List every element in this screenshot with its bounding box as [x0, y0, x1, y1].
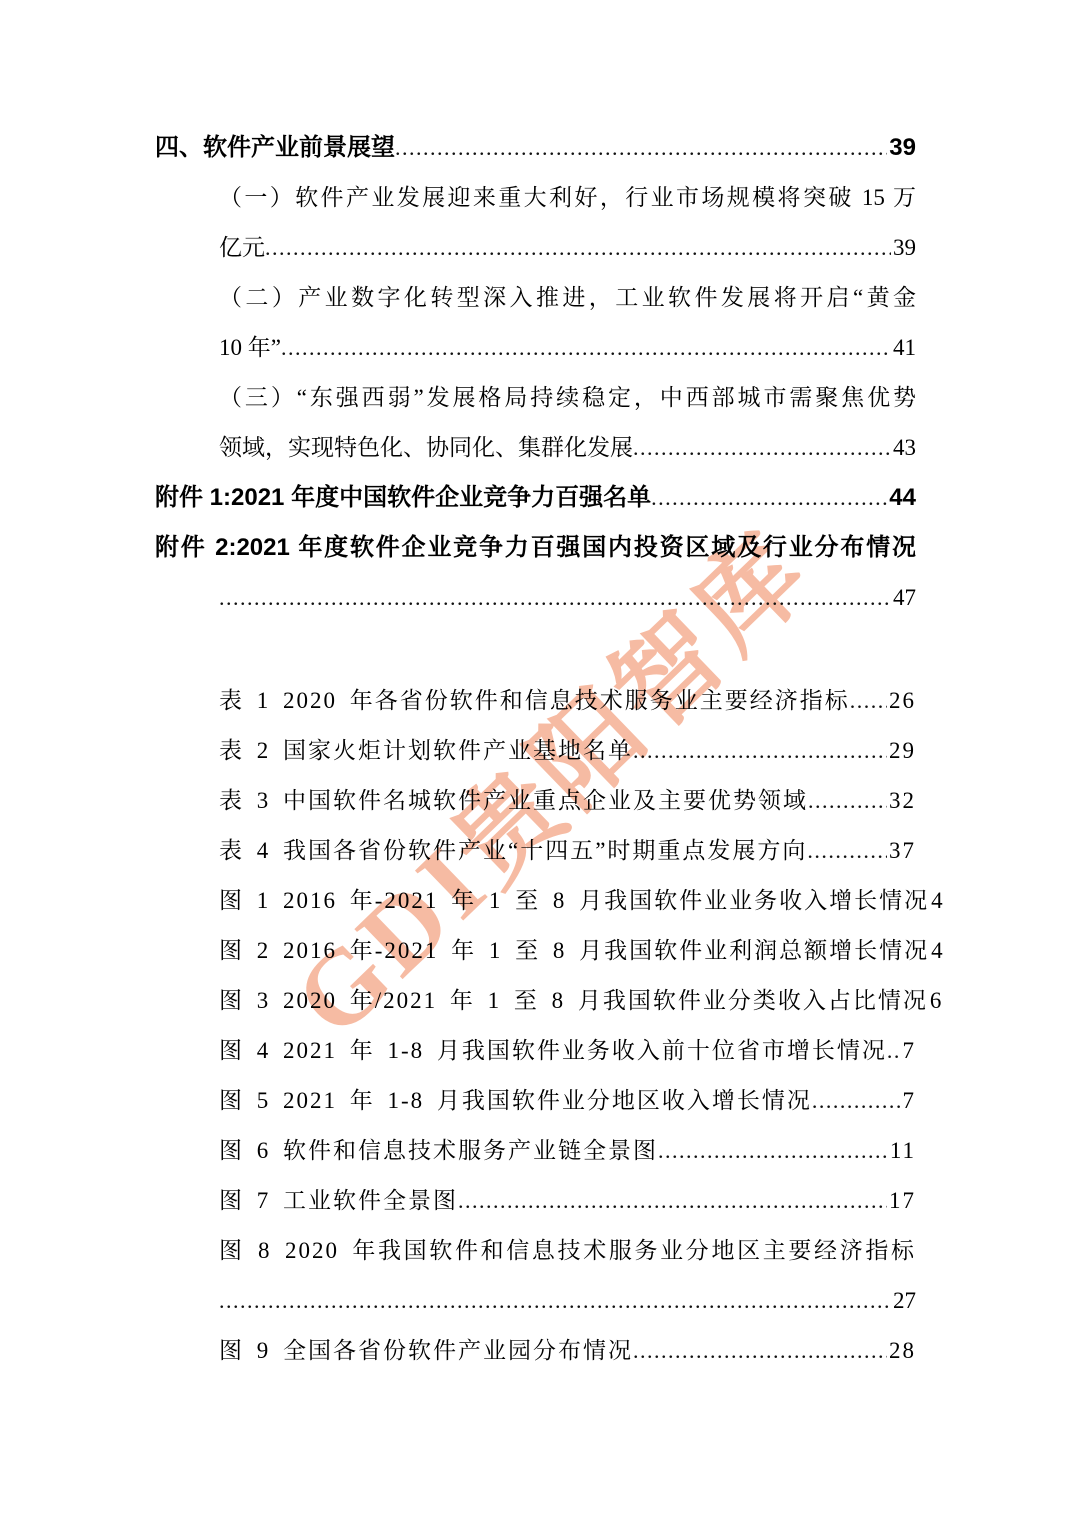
list-page-number: 6: [930, 976, 944, 1026]
dot-leader: [807, 826, 887, 876]
dot-leader: [633, 423, 891, 473]
list-entry-text: 表 4 我国各省份软件产业“十四五”时期重点发展方向: [219, 826, 807, 876]
toc-entry: 四、软件产业前景展望 39: [155, 123, 916, 173]
list-entry-text: 图 7 工业软件全景图: [219, 1176, 458, 1226]
dot-leader: [633, 1326, 887, 1376]
toc-entry-text: 附件 2:2021 年度软件企业竞争力百强国内投资区域及行业分布情况: [155, 534, 916, 561]
list-entry-text: 图 3 2020 年/2021 年 1 至 8 月我国软件业分类收入占比情况: [219, 976, 928, 1026]
list-page-number: 17: [889, 1176, 916, 1226]
toc-entry: （一）软件产业发展迎来重大利好，行业市场规模将突破 15 万: [219, 173, 916, 223]
list-entry: 图 4 2021 年 1-8 月我国软件业务收入前十位省市增长情况 7: [219, 1026, 916, 1076]
list-entry: 表 3 中国软件名城软件产业重点企业及主要优势领域 32: [219, 776, 916, 826]
dot-leader: [850, 676, 887, 726]
list-entry-text: 图 8 2020 年我国软件和信息技术服务业分地区主要经济指标: [219, 1238, 916, 1263]
table-of-contents: 四、软件产业前景展望 39 （一）软件产业发展迎来重大利好，行业市场规模将突破 …: [155, 123, 916, 1376]
dot-leader: [281, 323, 891, 373]
list-entry-text: 图 1 2016 年-2021 年 1 至 8 月我国软件业业务收入增长情况: [219, 876, 929, 926]
toc-page-number: 44: [889, 473, 916, 523]
list-entry-text: 图 5 2021 年 1-8 月我国软件业分地区收入增长情况: [219, 1076, 812, 1126]
list-entry-text: 图 6 软件和信息技术服务产业链全景图: [219, 1126, 658, 1176]
list-entry-text: 表 1 2020 年各省份软件和信息技术服务业主要经济指标: [219, 676, 850, 726]
list-entry: 表 4 我国各省份软件产业“十四五”时期重点发展方向 37: [219, 826, 916, 876]
dot-leader: [458, 1176, 887, 1226]
list-entry: 图 3 2020 年/2021 年 1 至 8 月我国软件业分类收入占比情况 6: [219, 976, 916, 1026]
dot-leader: [887, 1026, 901, 1076]
toc-page-number: 41: [893, 323, 916, 373]
list-entry: 27: [219, 1276, 916, 1326]
list-entry: 图 8 2020 年我国软件和信息技术服务业分地区主要经济指标: [219, 1226, 916, 1276]
dot-leader: [219, 573, 891, 623]
toc-entry: 10 年” 41: [219, 323, 916, 373]
toc-page-number: 47: [893, 573, 916, 623]
dot-leader: [395, 123, 887, 173]
toc-entry: 附件 1:2021 年度中国软件企业竞争力百强名单 44: [155, 473, 916, 523]
dot-leader: [265, 223, 891, 273]
list-entry: 表 2 国家火炬计划软件产业基地名单 29: [219, 726, 916, 776]
list-entry: 表 1 2020 年各省份软件和信息技术服务业主要经济指标 26: [219, 676, 916, 726]
list-page-number: 7: [903, 1026, 917, 1076]
toc-entry-text: 亿元: [219, 223, 265, 273]
list-page-number: 7: [903, 1076, 917, 1126]
list-page-number: 11: [890, 1126, 916, 1176]
list-entry: 图 7 工业软件全景图 17: [219, 1176, 916, 1226]
list-page-number: 27: [893, 1276, 916, 1326]
list-entry-text: 图 9 全国各省份软件产业园分布情况: [219, 1326, 633, 1376]
toc-entry-text: 四、软件产业前景展望: [155, 123, 395, 173]
dot-leader: [658, 1126, 888, 1176]
list-entry: 图 2 2016 年-2021 年 1 至 8 月我国软件业利润总额增长情况 4: [219, 926, 916, 976]
list-entry: 图 9 全国各省份软件产业园分布情况 28: [219, 1326, 916, 1376]
toc-entry: （三）“东强西弱”发展格局持续稳定，中西部城市需聚焦优势: [219, 373, 916, 423]
list-entry-text: 图 4 2021 年 1-8 月我国软件业务收入前十位省市增长情况: [219, 1026, 887, 1076]
list-page-number: 28: [889, 1326, 916, 1376]
toc-entry: 附件 2:2021 年度软件企业竞争力百强国内投资区域及行业分布情况: [155, 523, 916, 573]
toc-entry: （二）产业数字化转型深入推进，工业软件发展将开启“黄金: [219, 273, 916, 323]
dot-leader: [633, 726, 887, 776]
toc-entry: 领域，实现特色化、协同化、集群化发展 43: [219, 423, 916, 473]
toc-entry-text: （一）软件产业发展迎来重大利好，行业市场规模将突破 15 万: [219, 185, 916, 210]
toc-entry-text: （二）产业数字化转型深入推进，工业软件发展将开启“黄金: [219, 285, 916, 310]
section-divider: [155, 623, 916, 676]
list-entry: 图 5 2021 年 1-8 月我国软件业分地区收入增长情况 7: [219, 1076, 916, 1126]
list-page-number: 4: [931, 926, 945, 976]
list-page-number: 29: [889, 726, 916, 776]
document-page: GDI贵阳智库 四、软件产业前景展望 39 （一）软件产业发展迎来重大利好，行业…: [0, 0, 1080, 1527]
list-entry-text: 表 3 中国软件名城软件产业重点企业及主要优势领域: [219, 776, 808, 826]
dot-leader: [808, 776, 887, 826]
list-entry-text: 图 2 2016 年-2021 年 1 至 8 月我国软件业利润总额增长情况: [219, 926, 929, 976]
toc-entry-text: 附件 1:2021 年度中国软件企业竞争力百强名单: [155, 473, 651, 523]
list-entry-text: 表 2 国家火炬计划软件产业基地名单: [219, 726, 633, 776]
toc-entry: 亿元 39: [219, 223, 916, 273]
dot-leader: [219, 1276, 891, 1326]
list-page-number: 26: [889, 676, 916, 726]
dot-leader: [812, 1076, 901, 1126]
toc-page-number: 43: [893, 423, 916, 473]
list-entry: 图 1 2016 年-2021 年 1 至 8 月我国软件业业务收入增长情况 4: [219, 876, 916, 926]
toc-page-number: 39: [889, 123, 916, 173]
list-page-number: 32: [889, 776, 916, 826]
toc-entry-text: （三）“东强西弱”发展格局持续稳定，中西部城市需聚焦优势: [219, 385, 916, 410]
toc-entry-text: 10 年”: [219, 323, 281, 373]
list-entry: 图 6 软件和信息技术服务产业链全景图 11: [219, 1126, 916, 1176]
dot-leader: [651, 473, 887, 523]
toc-entry-text: 领域，实现特色化、协同化、集群化发展: [219, 423, 633, 473]
toc-entry: 47: [219, 573, 916, 623]
list-page-number: 4: [931, 876, 945, 926]
list-page-number: 37: [889, 826, 916, 876]
toc-page-number: 39: [893, 223, 916, 273]
